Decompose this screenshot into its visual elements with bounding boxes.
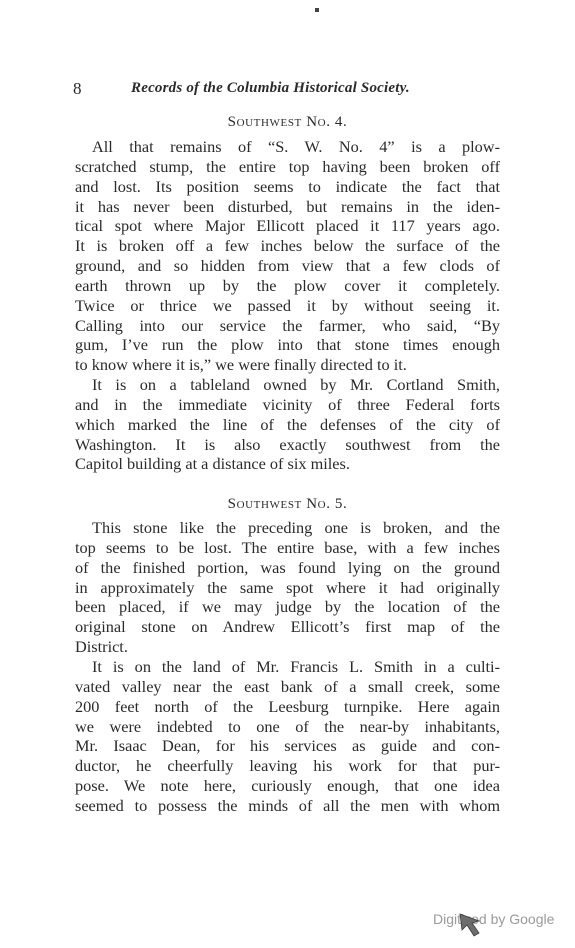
- text-line: All that remains of “S. W. No. 4” is a p…: [75, 137, 500, 157]
- paragraph: All that remains of “S. W. No. 4” is a p…: [75, 137, 500, 375]
- text-line: pose. We note here, curiously enough, th…: [75, 776, 500, 796]
- scan-speck: [315, 8, 319, 12]
- text-line: it has never been disturbed, but remains…: [75, 197, 500, 217]
- section-heading-southwest-4: Southwest No. 4.: [75, 114, 500, 131]
- text-line: which marked the line of the defenses of…: [75, 415, 500, 435]
- text-line: tical spot where Major Ellicott placed i…: [75, 216, 500, 236]
- digitized-watermark: Digitized by Google: [433, 911, 554, 927]
- text-line: Washington. It is also exactly southwest…: [75, 435, 500, 455]
- page-number: 8: [73, 79, 82, 99]
- text-line: been placed, if we may judge by the loca…: [75, 597, 500, 617]
- text-line: earth thrown up by the plow cover it com…: [75, 276, 500, 296]
- text-line: we were indebted to one of the near-by i…: [75, 717, 500, 737]
- text-line: ductor, he cheerfully leaving his work f…: [75, 756, 500, 776]
- text-line: It is broken off a few inches below the …: [75, 236, 500, 256]
- text-line: and lost. Its position seems to indicate…: [75, 177, 500, 197]
- text-line: Calling into our service the farmer, who…: [75, 316, 500, 336]
- paragraph: It is on the land of Mr. Francis L. Smit…: [75, 657, 500, 816]
- text-line: of the finished portion, was found lying…: [75, 558, 500, 578]
- text-line: top seems to be lost. The entire base, w…: [75, 538, 500, 558]
- text-line: seemed to possess the minds of all the m…: [75, 796, 500, 816]
- paragraph: It is on a tableland owned by Mr. Cortla…: [75, 375, 500, 474]
- running-head: 8 Records of the Columbia Historical Soc…: [73, 79, 503, 101]
- text-line: Capitol building at a distance of six mi…: [75, 454, 500, 474]
- text-line: vated valley near the east bank of a sma…: [75, 677, 500, 697]
- text-line: It is on a tableland owned by Mr. Cortla…: [75, 375, 500, 395]
- text-line: ground, and so hidden from view that a f…: [75, 256, 500, 276]
- text-line: scratched stump, the entire top having b…: [75, 157, 500, 177]
- text-line: original stone on Andrew Ellicott’s firs…: [75, 617, 500, 637]
- text-line: District.: [75, 637, 500, 657]
- text-line: and in the immediate vicinity of three F…: [75, 395, 500, 415]
- running-title: Records of the Columbia Historical Socie…: [131, 80, 410, 97]
- text-line: 200 feet north of the Leesburg turnpike.…: [75, 697, 500, 717]
- text-line: It is on the land of Mr. Francis L. Smit…: [75, 657, 500, 677]
- section-heading-southwest-5: Southwest No. 5.: [75, 496, 500, 513]
- mouse-pointer-icon: [458, 912, 488, 942]
- text-line: to know where it is,” we were finally di…: [75, 355, 500, 375]
- text-line: This stone like the preceding one is bro…: [75, 518, 500, 538]
- text-line: Mr. Isaac Dean, for his services as guid…: [75, 736, 500, 756]
- text-line: in approximately the same spot where it …: [75, 578, 500, 598]
- text-line: gum, I’ve run the plow into that stone t…: [75, 335, 500, 355]
- text-line: Twice or thrice we passed it by without …: [75, 296, 500, 316]
- paragraph: This stone like the preceding one is bro…: [75, 518, 500, 657]
